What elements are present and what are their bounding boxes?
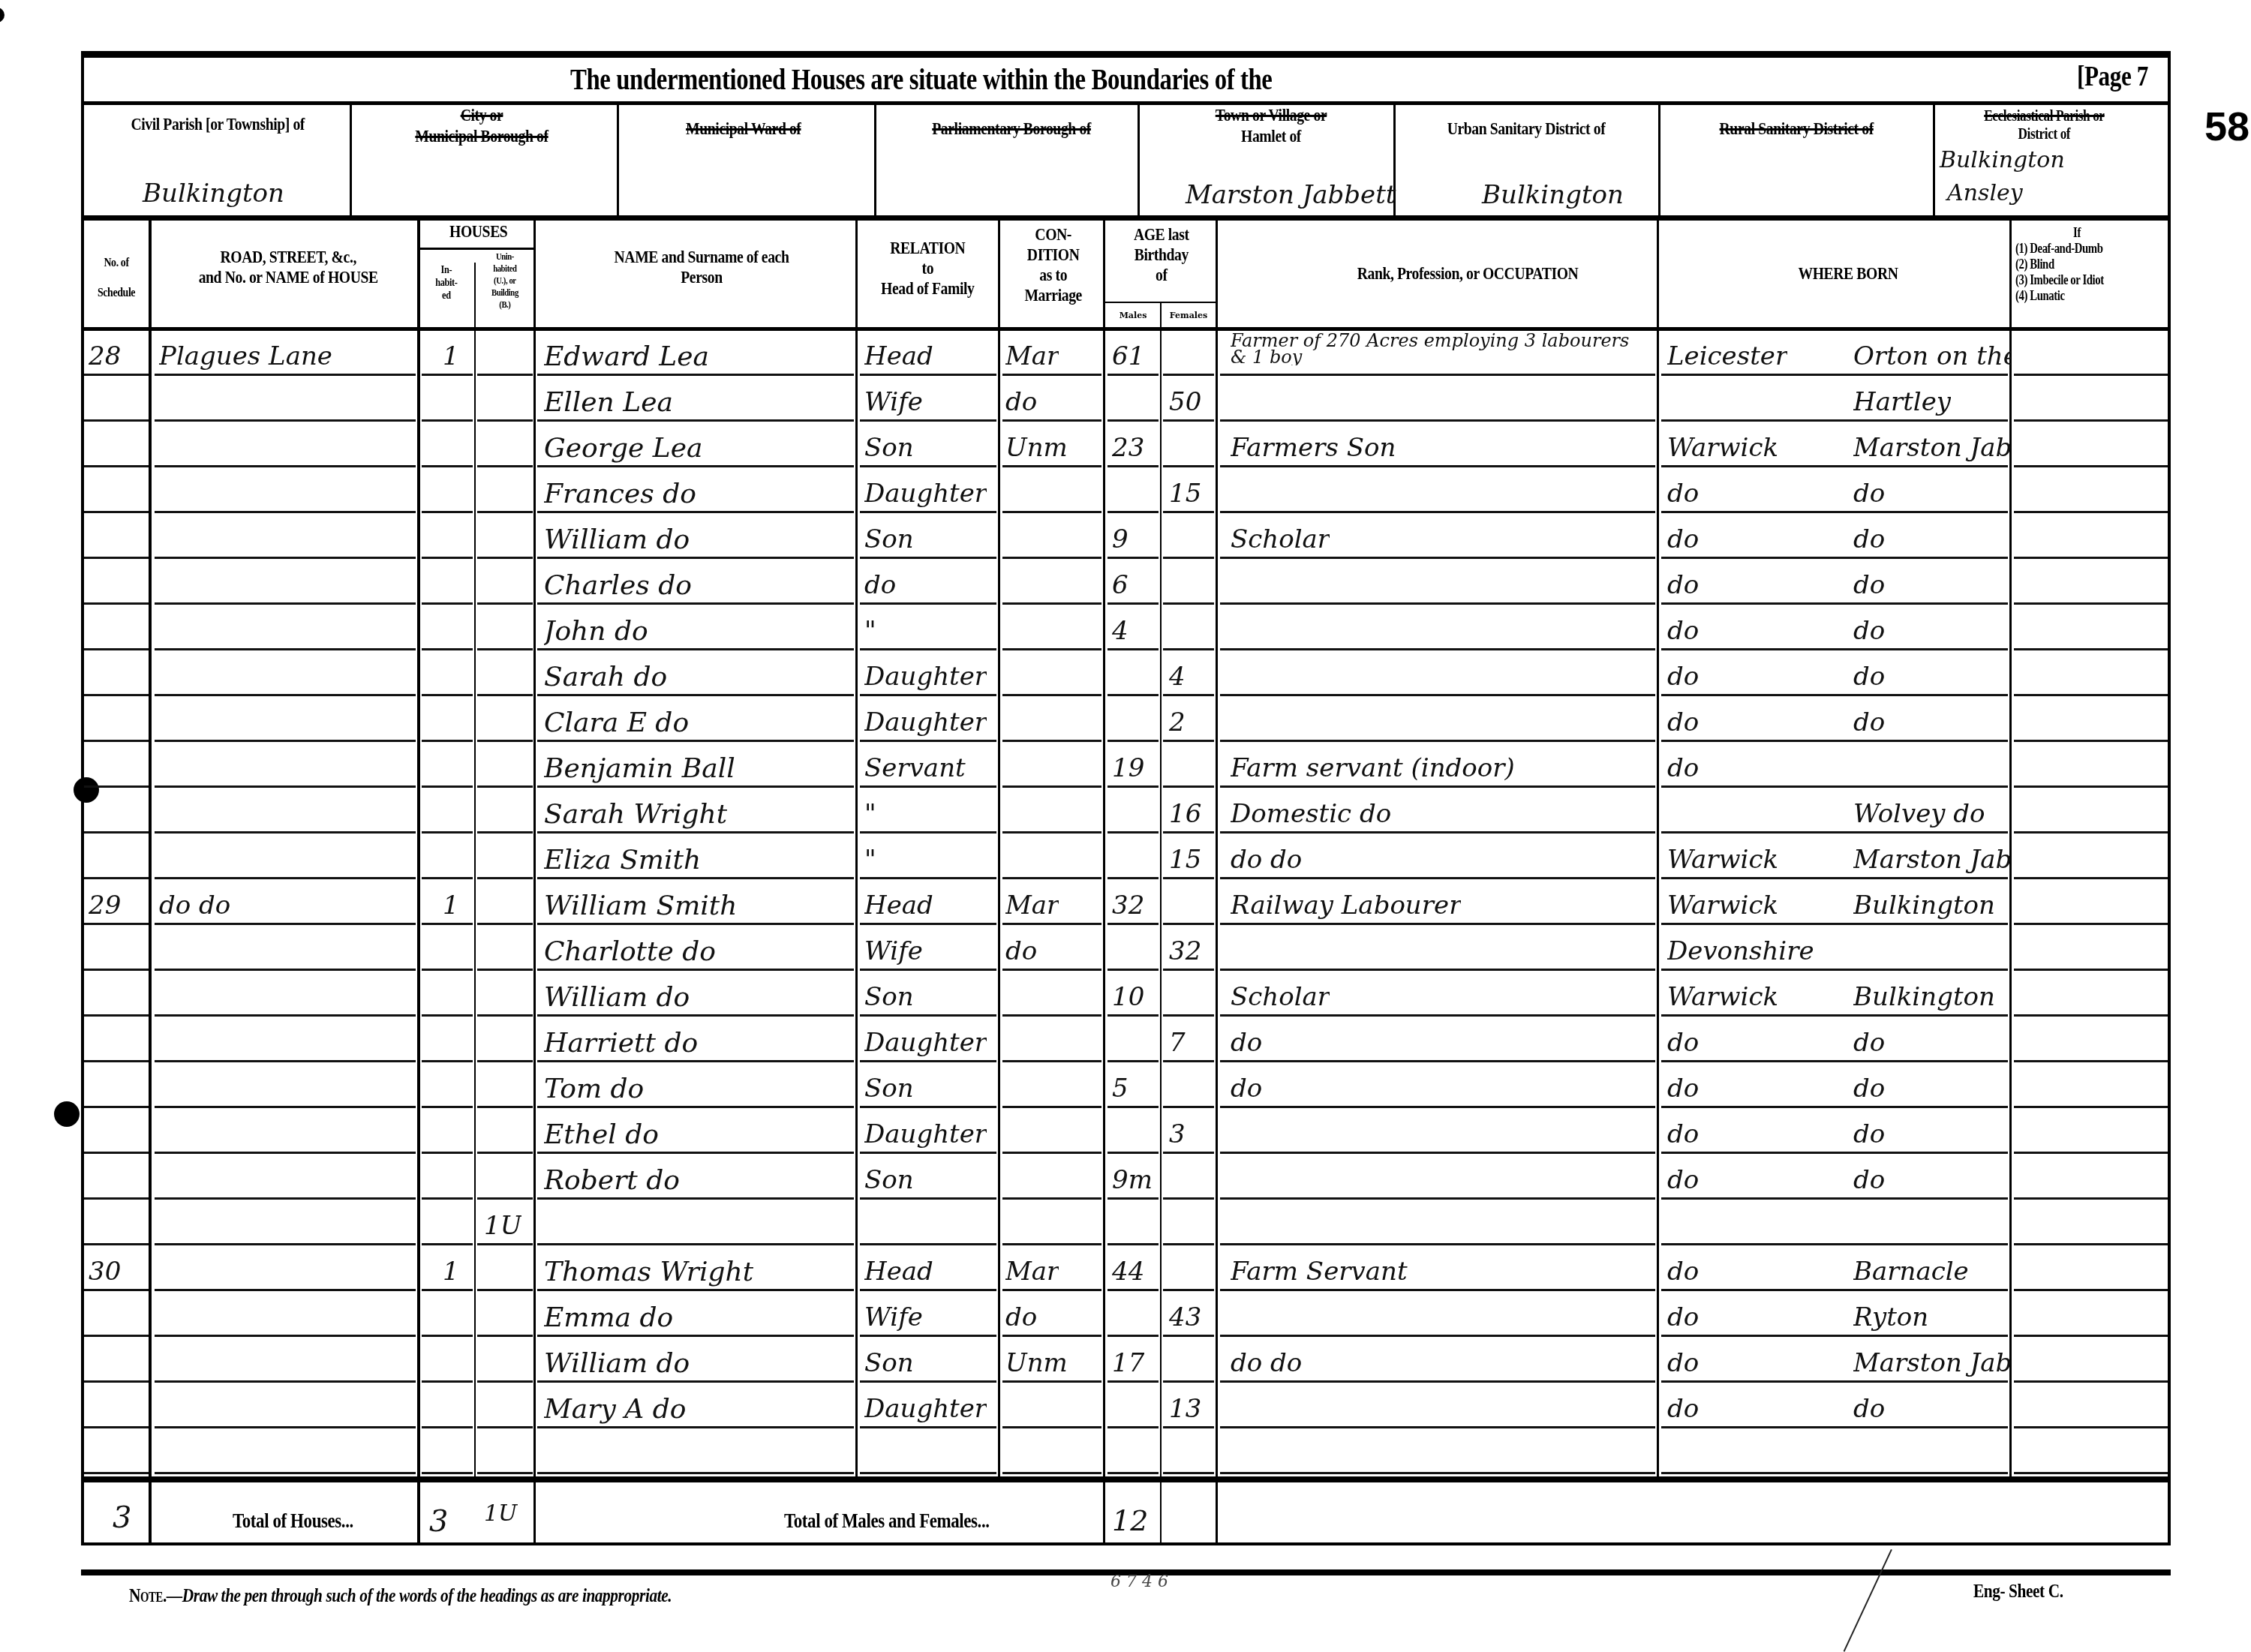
row-rule: [1163, 877, 1214, 879]
row-rule: [477, 602, 533, 605]
row-rule: [537, 785, 854, 788]
row-rule: [860, 1197, 996, 1200]
ecclesiastical-value-2: Ansley: [1947, 180, 2023, 206]
row-rule: [1002, 1426, 1101, 1428]
cell-born-place: do: [1853, 570, 1885, 600]
cell-relation: Head: [864, 341, 933, 371]
page-number-label: [Page 7: [2077, 60, 2148, 93]
cell-born-county: do: [1667, 707, 1699, 737]
row-rule: [422, 1335, 473, 1337]
cell-relation: Daughter: [864, 479, 987, 509]
cell-born-place: Marston Jabbett: [1853, 845, 2011, 875]
row-rule: [1002, 557, 1101, 559]
row-rule: [84, 1243, 149, 1245]
row-rule: [155, 602, 416, 605]
cell-relation: Wife: [864, 936, 923, 966]
cell-age-m: 32: [1112, 891, 1144, 921]
cell-relation: ": [864, 845, 876, 875]
ecclesiastical-parish-label: Ecclesiastical Parish or District of: [1940, 107, 2149, 143]
row-rule: [1163, 1289, 1214, 1291]
cell-name: William Smith: [544, 891, 737, 921]
row-rule: [155, 1152, 416, 1154]
row-rule: [1002, 1060, 1101, 1062]
cell-name: Eliza Smith: [544, 845, 701, 876]
page-title: The undermentioned Houses are situate wi…: [570, 62, 1272, 97]
row-rule: [155, 923, 416, 925]
row-rule: [1002, 1472, 1101, 1474]
col-head-where-born: WHERE BORN: [1756, 264, 1940, 284]
row-rule: [1107, 1152, 1159, 1154]
row-rule: [1163, 1197, 1214, 1200]
row-rule: [537, 374, 854, 376]
cell-name: William do: [544, 982, 690, 1013]
row-rule: [1002, 1106, 1101, 1108]
cell-born-county: do: [1667, 1119, 1699, 1149]
cell-age-f: 16: [1169, 799, 1201, 829]
row-rule: [860, 969, 996, 971]
cell-age-m: 9: [1112, 524, 1129, 554]
row-rule: [422, 1152, 473, 1154]
row-rule: [2014, 740, 2168, 742]
row-rule: [2014, 374, 2168, 376]
row-rule: [422, 1380, 473, 1383]
cell-name: Edward Lea: [544, 341, 709, 372]
row-rule: [860, 923, 996, 925]
row-rule: [477, 1426, 533, 1428]
row-rule: [422, 1106, 473, 1108]
row-rule: [1107, 923, 1159, 925]
civil-parish-value: Bulkington: [143, 179, 284, 209]
row-rule: [1163, 785, 1214, 788]
cell-age-m: 10: [1112, 982, 1144, 1012]
cell-born-place: Wolvey do: [1853, 799, 1985, 829]
row-rule: [84, 1472, 149, 1474]
totals-persons-label: Total of Males and Females...: [784, 1509, 990, 1533]
row-rule: [84, 511, 149, 513]
row-rule: [155, 1426, 416, 1428]
cell-relation: Son: [864, 1348, 914, 1378]
row-rule: [537, 1197, 854, 1200]
row-rule: [477, 1335, 533, 1337]
row-rule: [537, 1243, 854, 1245]
col-divider: [533, 219, 536, 1545]
row-rule: [84, 465, 149, 467]
cell-schedule: 28: [89, 341, 121, 371]
row-rule: [1661, 1243, 2008, 1245]
cell-occupation: Railway Labourer: [1231, 891, 1461, 921]
row-rule: [2014, 1243, 2168, 1245]
cell-name: John do: [544, 616, 648, 647]
row-rule: [1661, 831, 2008, 834]
col-head-inhabited: In-habit-ed: [420, 264, 473, 302]
row-rule: [422, 1060, 473, 1062]
row-rule: [155, 465, 416, 467]
row-rule: [1002, 1197, 1101, 1200]
row-rule: [1220, 740, 1655, 742]
row-rule: [1107, 374, 1159, 376]
row-rule: [1107, 694, 1159, 696]
col-divider: [474, 263, 476, 1478]
row-rule: [477, 740, 533, 742]
row-rule: [477, 1380, 533, 1383]
row-rule: [422, 374, 473, 376]
col-head-houses: HOUSES: [426, 222, 530, 242]
row-rule: [2014, 1014, 2168, 1017]
punch-hole-upper: [0, 8, 5, 23]
row-rule: [1220, 923, 1655, 925]
cell-occupation: do: [1231, 1028, 1262, 1058]
row-rule: [537, 1060, 854, 1062]
row-rule: [422, 694, 473, 696]
cell-occupation: Farm Servant: [1231, 1257, 1408, 1287]
row-rule: [477, 648, 533, 650]
row-rule: [1107, 831, 1159, 834]
cell-born-county: do: [1667, 524, 1699, 554]
row-rule: [1220, 1380, 1655, 1383]
row-rule: [1107, 465, 1159, 467]
row-rule: [422, 923, 473, 925]
row-rule: [155, 1289, 416, 1291]
row-rule: [1220, 694, 1655, 696]
totals-top-rule: [81, 1476, 2171, 1482]
row-rule: [1163, 648, 1214, 650]
municipal-borough-label: City or Municipal Borough of: [359, 105, 605, 147]
loc-divider: [1138, 104, 1140, 216]
loc-divider: [1658, 104, 1660, 216]
row-rule: [1661, 923, 2008, 925]
row-rule: [860, 602, 996, 605]
row-rule: [422, 419, 473, 422]
row-rule: [422, 831, 473, 834]
cell-born-place: do: [1853, 1028, 1885, 1058]
row-rule: [422, 1197, 473, 1200]
row-rule: [1661, 465, 2008, 467]
row-rule: [477, 511, 533, 513]
cell-condition: do: [1005, 387, 1037, 417]
cell-born-place: do: [1853, 479, 1885, 509]
row-rule: [422, 1289, 473, 1291]
row-rule: [1002, 1152, 1101, 1154]
row-rule: [537, 1335, 854, 1337]
cell-condition: do: [1005, 936, 1037, 966]
punch-hole-bottom: [54, 1101, 80, 1127]
cell-occupation: Farmer of 270 Acres employing 3 labourer…: [1231, 332, 1651, 365]
cell-born-place: Ryton: [1853, 1302, 1928, 1332]
cell-relation: Son: [864, 1165, 914, 1195]
cell-relation: Head: [864, 1257, 933, 1287]
row-rule: [1107, 511, 1159, 513]
loc-divider: [874, 104, 876, 216]
row-rule: [860, 1243, 996, 1245]
pen-stroke: [1844, 1549, 1892, 1652]
row-rule: [84, 1152, 149, 1154]
row-rule: [860, 648, 996, 650]
row-rule: [1661, 1426, 2008, 1428]
col-head-road: ROAD, STREET, &c.,and No. or NAME of HOU…: [159, 248, 417, 288]
row-rule: [477, 831, 533, 834]
row-rule: [84, 1106, 149, 1108]
row-rule: [1220, 1197, 1655, 1200]
row-rule: [537, 831, 854, 834]
row-rule: [537, 511, 854, 513]
row-rule: [422, 511, 473, 513]
cell-born-county: do: [1667, 1165, 1699, 1195]
row-rule: [1107, 740, 1159, 742]
row-rule: [860, 1335, 996, 1337]
cell-born-place: Marston Jabbett: [1853, 433, 2011, 463]
row-rule: [1002, 1243, 1101, 1245]
row-rule: [155, 785, 416, 788]
row-rule: [537, 740, 854, 742]
row-rule: [1661, 1335, 2008, 1337]
row-rule: [1661, 1060, 2008, 1062]
row-rule: [537, 694, 854, 696]
cell-born-county: do: [1667, 1028, 1699, 1058]
row-rule: [1002, 602, 1101, 605]
ecclesiastical-value-1: Bulkington: [1940, 147, 2065, 173]
row-rule: [2014, 923, 2168, 925]
row-rule: [155, 1472, 416, 1474]
row-rule: [1220, 785, 1655, 788]
row-rule: [422, 1014, 473, 1017]
cell-occupation: Farm servant (indoor): [1231, 753, 1515, 783]
row-rule: [1163, 923, 1214, 925]
row-rule: [477, 1014, 533, 1017]
row-rule: [1107, 648, 1159, 650]
row-rule: [1163, 1380, 1214, 1383]
row-rule: [84, 419, 149, 422]
cell-relation: Son: [864, 1074, 914, 1104]
cell-road: Plagues Lane: [159, 341, 332, 371]
row-rule: [477, 877, 533, 879]
location-rule: [81, 215, 2171, 221]
cell-name: Charles do: [544, 570, 692, 601]
cell-name: Clara E do: [544, 707, 689, 738]
row-rule: [1163, 1106, 1214, 1108]
row-rule: [1002, 1380, 1101, 1383]
cell-occupation: Scholar: [1231, 524, 1330, 554]
row-rule: [84, 740, 149, 742]
cell-relation: Head: [864, 891, 933, 921]
col-divider: [1216, 219, 1218, 1545]
cell-relation: Daughter: [864, 707, 987, 737]
row-rule: [1107, 1197, 1159, 1200]
row-rule: [537, 1106, 854, 1108]
census-page: The undermentioned Houses are situate wi…: [0, 0, 2251, 1652]
row-rule: [537, 877, 854, 879]
cell-age-f: 43: [1169, 1302, 1201, 1332]
row-rule: [1163, 1335, 1214, 1337]
cell-name: Sarah Wright: [544, 799, 727, 830]
totals-males: 12: [1112, 1504, 1148, 1537]
age-sub-rule: [1104, 302, 1217, 303]
cell-born-place: do: [1853, 662, 1885, 692]
cell-relation: Wife: [864, 1302, 923, 1332]
row-rule: [860, 1289, 996, 1291]
row-rule: [537, 1426, 854, 1428]
cell-born-county: do: [1667, 1394, 1699, 1424]
row-rule: [1163, 374, 1214, 376]
cell-born-place: Bulkington: [1853, 982, 1995, 1012]
col-divider: [1657, 219, 1659, 1479]
row-rule: [860, 694, 996, 696]
row-rule: [84, 1060, 149, 1062]
row-rule: [422, 785, 473, 788]
row-rule: [2014, 1197, 2168, 1200]
row-rule: [155, 557, 416, 559]
cell-inhabited: 1: [443, 1257, 459, 1287]
row-rule: [422, 877, 473, 879]
col-head-age-females: Females: [1162, 309, 1216, 322]
cell-born-county: do: [1667, 616, 1699, 646]
row-rule: [84, 1380, 149, 1383]
row-rule: [155, 740, 416, 742]
cell-age-f: 7: [1169, 1028, 1186, 1058]
row-rule: [1107, 1106, 1159, 1108]
cell-occupation: do do: [1231, 845, 1302, 875]
row-rule: [2014, 969, 2168, 971]
cell-age-f: 4: [1169, 662, 1186, 692]
cell-name: Emma do: [544, 1302, 673, 1333]
row-rule: [1220, 1426, 1655, 1428]
row-rule: [2014, 602, 2168, 605]
row-rule: [537, 648, 854, 650]
row-rule: [422, 1472, 473, 1474]
row-rule: [155, 1197, 416, 1200]
col-divider: [998, 219, 1000, 1479]
cell-road: do do: [159, 891, 230, 921]
row-rule: [1220, 648, 1655, 650]
cell-born-county: Warwick: [1667, 845, 1778, 875]
row-rule: [537, 1152, 854, 1154]
col-head-name: NAME and Surname of eachPerson: [548, 248, 855, 288]
row-rule: [477, 1472, 533, 1474]
row-rule: [1661, 602, 2008, 605]
row-rule: [1163, 419, 1214, 422]
cell-born-place: do: [1853, 707, 1885, 737]
cell-born-place: Hartley: [1853, 387, 1951, 417]
row-rule: [477, 374, 533, 376]
cell-age-f: 15: [1169, 479, 1201, 509]
cell-condition: Unm: [1005, 1348, 1068, 1378]
cell-relation: Son: [864, 982, 914, 1012]
row-rule: [1002, 785, 1101, 788]
cell-born-place: do: [1853, 524, 1885, 554]
row-rule: [477, 1243, 533, 1245]
row-rule: [477, 694, 533, 696]
col-divider: [1103, 219, 1105, 1545]
col-head-infirmity: If (1) Deaf-and-Dumb(2) Blind(3) Imbecil…: [2015, 225, 2175, 304]
loc-divider: [1933, 104, 1935, 216]
cell-age-f: 2: [1169, 707, 1186, 737]
row-rule: [422, 557, 473, 559]
row-rule: [1661, 1106, 2008, 1108]
cell-born-place: Marston Jabbett: [1853, 1348, 2011, 1378]
row-rule: [1002, 831, 1101, 834]
row-rule: [84, 1289, 149, 1291]
row-rule: [1220, 1152, 1655, 1154]
row-rule: [860, 740, 996, 742]
row-rule: [2014, 648, 2168, 650]
row-rule: [860, 511, 996, 513]
cell-inhabited: 1: [443, 891, 459, 921]
cell-born-county: do: [1667, 753, 1699, 783]
cell-name: Ethel do: [544, 1119, 659, 1150]
row-rule: [422, 740, 473, 742]
col-head-schedule: No. ofSchedule: [84, 248, 149, 308]
row-rule: [422, 465, 473, 467]
row-rule: [1163, 557, 1214, 559]
row-rule: [1107, 1335, 1159, 1337]
row-rule: [1220, 419, 1655, 422]
cell-relation: Wife: [864, 387, 923, 417]
row-rule: [1661, 1152, 2008, 1154]
row-rule: [1107, 602, 1159, 605]
row-rule: [1107, 1426, 1159, 1428]
row-rule: [860, 1060, 996, 1062]
cell-relation: Daughter: [864, 1119, 987, 1149]
row-rule: [1661, 740, 2008, 742]
cell-schedule: 30: [89, 1257, 121, 1287]
cell-born-county: do: [1667, 1257, 1699, 1287]
row-rule: [1107, 1289, 1159, 1291]
cell-born-place: Orton on the Hill: [1853, 341, 2011, 371]
totals-margin-tally: 6 7 4 6: [1110, 1572, 1168, 1591]
cell-born-place: do: [1853, 616, 1885, 646]
row-rule: [477, 785, 533, 788]
row-rule: [477, 1152, 533, 1154]
row-rule: [2014, 1380, 2168, 1383]
cell-relation: Son: [864, 433, 914, 463]
row-rule: [1107, 1380, 1159, 1383]
row-rule: [1220, 969, 1655, 971]
cell-name: Ellen Lea: [544, 387, 673, 418]
row-rule: [84, 1335, 149, 1337]
row-rule: [1220, 1289, 1655, 1291]
cell-born-county: do: [1667, 479, 1699, 509]
row-rule: [1661, 969, 2008, 971]
row-rule: [2014, 419, 2168, 422]
cell-age-m: 17: [1112, 1348, 1144, 1378]
totals-inhabited: 3: [429, 1504, 448, 1539]
row-rule: [84, 1197, 149, 1200]
row-rule: [1220, 877, 1655, 879]
cell-relation: ": [864, 799, 876, 829]
row-rule: [1107, 557, 1159, 559]
cell-occupation: do: [1231, 1074, 1262, 1104]
row-rule: [1220, 465, 1655, 467]
row-rule: [155, 1335, 416, 1337]
row-rule: [537, 419, 854, 422]
row-rule: [1220, 1060, 1655, 1062]
row-rule: [1220, 511, 1655, 513]
row-rule: [1661, 511, 2008, 513]
cell-name: Charlotte do: [544, 936, 716, 967]
cell-uninhabited: 1U: [484, 1211, 521, 1241]
cell-name: Thomas Wright: [544, 1257, 753, 1287]
row-rule: [155, 831, 416, 834]
row-rule: [84, 785, 149, 788]
col-head-age: AGE lastBirthdayof: [1106, 225, 1217, 286]
row-rule: [1002, 465, 1101, 467]
row-rule: [1661, 1014, 2008, 1017]
totals-houses-label: Total of Houses...: [233, 1509, 353, 1533]
row-rule: [537, 465, 854, 467]
row-rule: [2014, 1106, 2168, 1108]
cell-relation: Servant: [864, 753, 966, 783]
cell-age-m: 4: [1112, 616, 1129, 646]
row-rule: [477, 923, 533, 925]
